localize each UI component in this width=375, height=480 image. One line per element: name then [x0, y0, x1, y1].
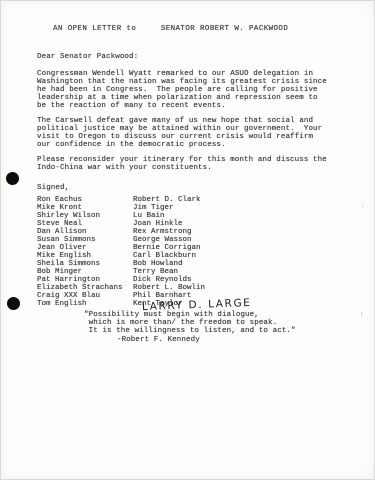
paragraph-2: The Carswell defeat gave many of us new … [37, 117, 322, 149]
salutation: Dear Senator Packwood: [37, 53, 138, 61]
signatory-name: Jean Oliver [37, 244, 133, 252]
signatory-name: Bernie Corrigan [133, 244, 273, 252]
signatory-name: Robert L. Bowlin [133, 284, 273, 292]
signatory-name: Robert D. Clark [133, 196, 273, 204]
signatory-name: Carl Blackburn [133, 252, 273, 260]
quote-attribution: -Robert F. Kennedy [117, 336, 200, 344]
punch-hole-top [6, 172, 19, 185]
paragraph-1: Congressman Wendell Wyatt remarked to ou… [37, 70, 327, 110]
signatory-name: Ron Eachus [37, 196, 133, 204]
signatories-column-right: Robert D. Clark Jim Tiger Lu Bain Joan H… [133, 196, 273, 308]
signatory-name: Elizabeth Strachans [37, 284, 133, 292]
scan-speck: : [361, 203, 365, 209]
signatory-name: Lu Bain [133, 212, 273, 220]
signatory-name: Joan Hinkle [133, 220, 273, 228]
signatories-list: Ron Eachus Mike Kront Shirley Wilson Ste… [37, 196, 273, 308]
signatory-name: Bob Howland [133, 260, 273, 268]
quote-text: "Possibility must begin with dialogue, w… [84, 311, 296, 335]
signatory-name: Steve Neal [37, 220, 133, 228]
signatory-name: Craig XXX Blau [37, 292, 133, 300]
signatory-name: Sheila Simmons [37, 260, 133, 268]
signatory-name: Mike English [37, 252, 133, 260]
punch-hole-bottom [7, 297, 20, 310]
signed-label: Signed, [37, 184, 69, 192]
paragraph-3: Please reconsider your itinerary for thi… [37, 156, 327, 172]
letter-heading: AN OPEN LETTER to SENATOR ROBERT W. PACK… [53, 25, 288, 33]
signatory-name: Jim Tiger [133, 204, 273, 212]
signatory-name: Shirley Wilson [37, 212, 133, 220]
signatory-name: Dick Reynolds [133, 276, 273, 284]
signatory-name: Rex Armstrong [133, 228, 273, 236]
scan-speck: ! [360, 313, 364, 319]
signatory-name: Pat Harrington [37, 276, 133, 284]
signatory-name: George Wasson [133, 236, 273, 244]
signatories-column-left: Ron Eachus Mike Kront Shirley Wilson Ste… [37, 196, 133, 308]
signatory-name: Tom English [37, 300, 133, 308]
signatory-name: Bob Minger [37, 268, 133, 276]
scanned-letter-page: AN OPEN LETTER to SENATOR ROBERT W. PACK… [0, 0, 375, 480]
signatory-name: Dan Allison [37, 228, 133, 236]
signatory-name: Susan Simmons [37, 236, 133, 244]
signatory-name: Terry Bean [133, 268, 273, 276]
signatory-name: Mike Kront [37, 204, 133, 212]
